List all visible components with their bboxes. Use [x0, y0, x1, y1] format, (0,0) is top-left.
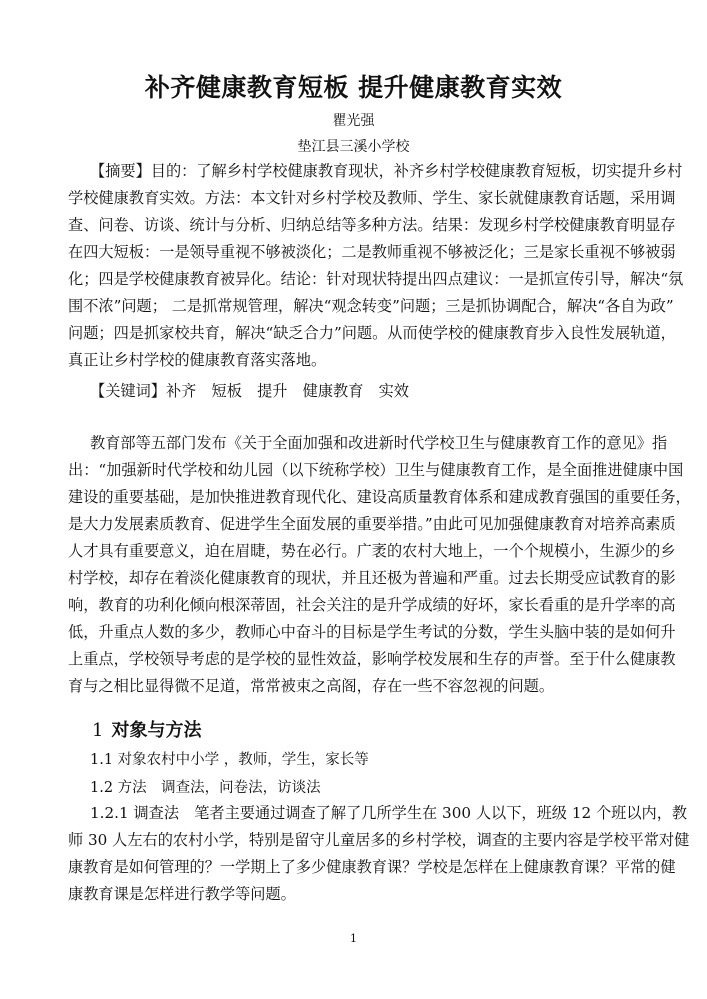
body-line: 1.2.1 调查法 笔者主要通过调查了解了几所学生在 300 人以下，班级 12…: [90, 803, 640, 823]
keywords: 【关键词】补齐 短板 提升 健康教育 实效: [90, 381, 640, 401]
abstract-line: 在四大短板：一是领导重视不够被淡化；二是教师重视不够被泛化；三是家长重视不够被弱: [68, 242, 640, 262]
abstract-line: 围不浓”问题； 二是抓常规管理，解决“观念转变”问题；三是抓协调配合，解决“各自…: [68, 296, 640, 316]
intro-line: 出：“加强新时代学校和幼儿园（以下统称学校）卫生与健康教育工作，是全面推进健康中…: [68, 460, 640, 480]
subsection-1-1: 1.1 对象农村中小学 ，教师，学生，家长等: [90, 748, 369, 769]
paper-title: 补齐健康教育短板 提升健康教育实效: [0, 68, 707, 104]
intro-line: 上重点，学校领导考虑的是学校的显性效益，影响学校发展和生存的声誉。至于什么健康教: [68, 649, 640, 669]
section-title: 对象与方法: [111, 720, 201, 741]
document-page: 补齐健康教育短板 提升健康教育实效 瞿光强 垫江县三溪小学校 【摘要】目的：了解…: [0, 0, 707, 999]
section-number: 1: [92, 720, 103, 741]
abstract-line: 学校健康教育实效。方法：本文针对乡村学校及教师、学生、家长就健康教育话题，采用调: [68, 188, 640, 208]
section-heading: 1对象与方法: [92, 716, 201, 742]
intro-line: 建设的重要基础，是加快推进教育现代化、建设高质量教育体系和建成教育强国的重要任务…: [68, 487, 640, 507]
body-line: 康教育课是怎样进行教学等问题。: [68, 884, 640, 904]
abstract-line: 【摘要】目的：了解乡村学校健康教育现状，补齐乡村学校健康教育短板，切实提升乡村: [90, 161, 640, 181]
intro-line: 村学校，却存在着淡化健康教育的现状，并且还极为普遍和严重。过去长期受应试教育的影: [68, 568, 640, 588]
page-number: 1: [0, 932, 707, 945]
abstract-line: 查、问卷、访谈、统计与分析、归纳总结等多种方法。结果：发现乡村学校健康教育明显存: [68, 215, 640, 235]
abstract-line: 真正让乡村学校的健康教育落实落地。: [68, 350, 640, 370]
intro-line: 是大力发展素质教育、促进学生全面发展的重要举措。”由此可见加强健康教育对培养高素…: [68, 514, 640, 534]
abstract-line: 化；四是学校健康教育被异化。结论：针对现状特提出四点建议：一是抓宣传引导，解决“…: [68, 269, 640, 289]
intro-line: 响，教育的功利化倾向根深蒂固，社会关注的是升学成绩的好坏，家长看重的是升学率的高: [68, 595, 640, 615]
body-line: 师 30 人左右的农村小学，特别是留守儿童居多的乡村学校，调查的主要内容是学校平…: [68, 830, 640, 850]
abstract-line: 问题；四是抓家校共育，解决“缺乏合力”问题。从而使学校的健康教育步入良性发展轨道…: [68, 323, 640, 343]
intro-line: 人才具有重要意义，迫在眉睫，势在必行。广袤的农村大地上，一个个规模小，生源少的乡: [68, 541, 640, 561]
affiliation: 垫江县三溪小学校: [0, 136, 707, 156]
intro-line: 低，升重点人数的多少，教师心中奋斗的目标是学生考试的分数，学生头脑中装的是如何升: [68, 622, 640, 642]
body-line: 康教育是如何管理的？一学期上了多少健康教育课？学校是怎样在上健康教育课？平常的健: [68, 857, 640, 877]
intro-line: 教育部等五部门发布《关于全面加强和改进新时代学校卫生与健康教育工作的意见》指: [90, 433, 640, 453]
intro-line: 育与之相比显得微不足道，常常被束之高阁，存在一些不容忽视的问题。: [68, 676, 640, 696]
author-name: 瞿光强: [0, 110, 707, 130]
subsection-1-2: 1.2 方法 调查法，问卷法，访谈法: [90, 776, 321, 797]
